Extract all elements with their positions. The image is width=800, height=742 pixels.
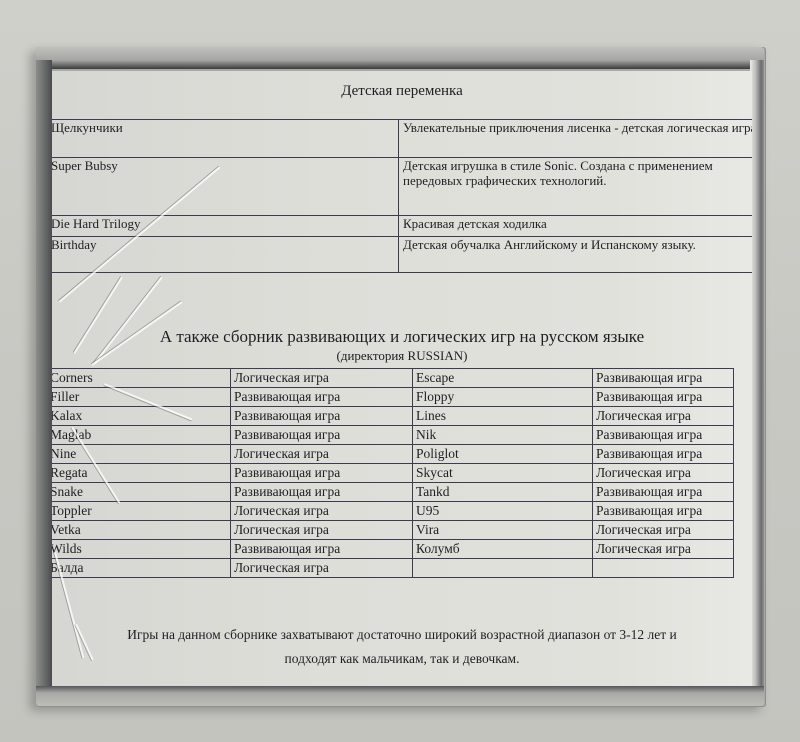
game-description: Красивая детская ходилка: [399, 216, 753, 237]
game-name: Die Hard Trilogy: [52, 216, 399, 237]
game-name: Toppler: [52, 502, 231, 521]
game-type: Логическая игра: [231, 369, 413, 388]
game-name: Snake: [52, 483, 231, 502]
game-type: Развивающая игра: [593, 388, 734, 407]
game-type: Логическая игра: [593, 521, 734, 540]
game-type: Развивающая игра: [231, 388, 413, 407]
game-name: Skycat: [413, 464, 593, 483]
game-type: Логическая игра: [593, 464, 734, 483]
game-name: Vira: [413, 521, 593, 540]
game-name: Tankd: [413, 483, 593, 502]
game-name: Nik: [413, 426, 593, 445]
game-type: Развивающая игра: [593, 426, 734, 445]
game-name: Балда: [52, 559, 231, 578]
game-type: Логическая игра: [231, 445, 413, 464]
game-type: Развивающая игра: [593, 483, 734, 502]
game-type: Развивающая игра: [593, 502, 734, 521]
collection-row: VetkaЛогическая играViraЛогическая игра: [52, 521, 734, 540]
featured-game-row: Super BubsyДетская игрушка в стиле Sonic…: [52, 158, 752, 216]
game-name: Колумб: [413, 540, 593, 559]
game-name: Super Bubsy: [52, 158, 399, 216]
game-name: Corners: [52, 369, 231, 388]
collection-row: WildsРазвивающая играКолумбЛогическая иг…: [52, 540, 734, 559]
game-type: Развивающая игра: [231, 426, 413, 445]
game-type: Развивающая игра: [593, 369, 734, 388]
case-right-edge: [750, 60, 764, 692]
game-name: Floppy: [413, 388, 593, 407]
collection-row: MaglabРазвивающая играNikРазвивающая игр…: [52, 426, 734, 445]
game-name: Birthday: [52, 237, 399, 273]
game-type: Развивающая игра: [231, 483, 413, 502]
collection-row: БалдаЛогическая игра: [52, 559, 734, 578]
game-name: Vetka: [52, 521, 231, 540]
game-type: Логическая игра: [231, 502, 413, 521]
collection-games-table: CornersЛогическая играEscapeРазвивающая …: [52, 368, 734, 578]
game-type: Развивающая игра: [231, 407, 413, 426]
game-name: Nine: [52, 445, 231, 464]
case-bottom-edge: [36, 686, 764, 706]
game-name: Poliglot: [413, 445, 593, 464]
insert-title: Детская переменка: [52, 83, 752, 100]
featured-game-row: ЩелкунчикиУвлекательные приключения лисе…: [52, 120, 752, 158]
back-insert: Детская переменка ЩелкунчикиУвлекательны…: [52, 71, 752, 687]
game-name: [413, 559, 593, 578]
collection-row: SnakeРазвивающая играTankdРазвивающая иг…: [52, 483, 734, 502]
game-name: Regata: [52, 464, 231, 483]
game-name: Wilds: [52, 540, 231, 559]
game-name: Escape: [413, 369, 593, 388]
featured-game-row: BirthdayДетская обучалка Английскому и И…: [52, 237, 752, 273]
game-description: Детская обучалка Английскому и Испанском…: [399, 237, 753, 273]
game-type: Развивающая игра: [593, 445, 734, 464]
game-name: Kalax: [52, 407, 231, 426]
game-type: Логическая игра: [593, 540, 734, 559]
collection-row: TopplerЛогическая играU95Развивающая игр…: [52, 502, 734, 521]
game-type: Развивающая игра: [231, 540, 413, 559]
collection-row: CornersЛогическая играEscapeРазвивающая …: [52, 369, 734, 388]
collection-row: RegataРазвивающая играSkycatЛогическая и…: [52, 464, 734, 483]
game-name: Lines: [413, 407, 593, 426]
case-left-edge: [36, 60, 52, 692]
game-description: Детская игрушка в стиле Sonic. Создана с…: [399, 158, 753, 216]
collection-row: KalaxРазвивающая играLinesЛогическая игр…: [52, 407, 734, 426]
game-name: Щелкунчики: [52, 120, 399, 158]
footer-line-2: подходят как мальчикам, так и девочкам.: [52, 647, 752, 671]
game-type: [593, 559, 734, 578]
game-type: Развивающая игра: [231, 464, 413, 483]
game-name: U95: [413, 502, 593, 521]
collection-directory-note: (директория RUSSIAN): [52, 348, 752, 364]
game-type: Логическая игра: [231, 559, 413, 578]
featured-games-table: ЩелкунчикиУвлекательные приключения лисе…: [52, 119, 752, 273]
collection-title: А также сборник развивающих и логических…: [52, 327, 752, 347]
insert-footer: Игры на данном сборнике захватывают дост…: [52, 623, 752, 671]
footer-line-1: Игры на данном сборнике захватывают дост…: [52, 623, 752, 647]
game-description: Увлекательные приключения лисенка - детс…: [399, 120, 753, 158]
game-type: Логическая игра: [593, 407, 734, 426]
game-type: Логическая игра: [231, 521, 413, 540]
case-top-edge: [36, 47, 764, 69]
collection-row: NineЛогическая играPoliglotРазвивающая и…: [52, 445, 734, 464]
